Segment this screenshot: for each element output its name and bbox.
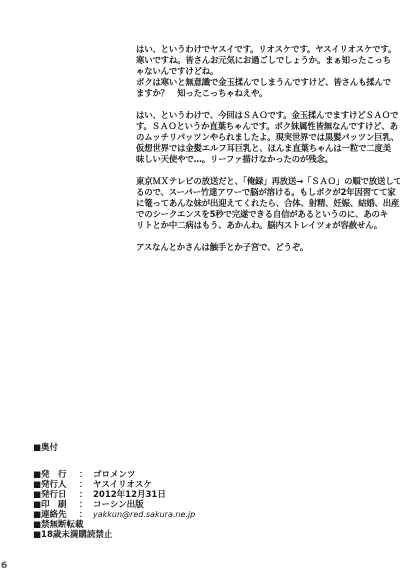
text-line: す。ＳＡＯというか直葉ちゃんです。ボク妹属性皆無なんですけど、あ bbox=[136, 121, 368, 132]
page-number: 6 bbox=[1, 561, 7, 571]
text-line: に篭ってあんな妹が出迎えてくれたら、合体、射精、妊娠、結婚、出産ま bbox=[136, 198, 368, 209]
afterword-text: はい、というわけでヤスイです。リオスケです。ヤスイリオスケです。 寒いですね。皆… bbox=[136, 44, 368, 264]
text-line: 仮想世界では金髪エルフ耳巨乳と、ほんま直葉ちゃんは一粒で二度美 bbox=[136, 143, 368, 154]
colophon-row-issuer: ■発行人 ： ヤスイリオスケ bbox=[33, 480, 273, 490]
colophon-row-publisher: ■発 行 ： ゴロメンツ bbox=[33, 470, 273, 480]
afterword-paragraph-3: はい、というわけで、今回はＳＡＯです。金玉揉んでますけどＳＡＯで す。ＳＡＯとい… bbox=[136, 110, 368, 165]
text-line: ボクは寒いと無意識で金玉揉んでしまうんですけど、皆さんも揉んで bbox=[136, 77, 368, 88]
row-colon: ： bbox=[79, 510, 93, 520]
notice-text: ■18歳未満購読禁止 bbox=[33, 530, 112, 540]
row-value: コーシン出版 bbox=[93, 500, 144, 510]
row-label: ■発行人 bbox=[33, 480, 79, 490]
colophon-row-contact: ■連絡先 ： yakkun@red.sakura.ne.jp bbox=[33, 510, 273, 520]
text-line: のムッチリパッツンやられましたよ。現実世界では黒髪パッツン巨乳、 bbox=[136, 132, 368, 143]
row-colon: ： bbox=[79, 490, 93, 500]
colophon-row-date: ■発行日 ： 2012年12月31日 bbox=[33, 490, 273, 500]
row-value: ヤスイリオスケ bbox=[93, 480, 152, 490]
afterword-paragraph-1: はい、というわけでヤスイです。リオスケです。ヤスイリオスケです。 寒いですね。皆… bbox=[136, 44, 368, 77]
colophon-notice-no-reproduction: ■禁無断転載 bbox=[33, 520, 273, 530]
text-line: ゃないんですけどね。 bbox=[136, 66, 368, 77]
row-label: ■連絡先 bbox=[33, 510, 79, 520]
colophon-row-printer: ■印 刷 ： コーシン出版 bbox=[33, 500, 273, 510]
row-colon: ： bbox=[79, 480, 93, 490]
text-line: リトとか中二病はもう、あかんわ。脳内ストレイツォが容赦せん。 bbox=[136, 220, 368, 231]
text-line: 東京ＭＸテレビの放送だと、「俺録」再放送→「ＳＡＯ」の順で放送して bbox=[136, 176, 368, 187]
text-line: はい、というわけで、今回はＳＡＯです。金玉揉んでますけどＳＡＯで bbox=[136, 110, 368, 121]
text-line: 寒いですね。皆さんお元気にお過ごしでしょうか。まぁ知ったこっち bbox=[136, 55, 368, 66]
text-line: はい、というわけでヤスイです。リオスケです。ヤスイリオスケです。 bbox=[136, 44, 368, 55]
text-line: アスなんとかさんは触手とか子宮で、どうぞ。 bbox=[136, 242, 368, 253]
row-value: ゴロメンツ bbox=[93, 470, 136, 480]
notice-text: ■禁無断転載 bbox=[33, 520, 84, 530]
row-colon: ： bbox=[79, 500, 93, 510]
text-line: るので、スーパー竹達アワーで脳が溶ける。もしボクが2年因習てて家 bbox=[136, 187, 368, 198]
contact-email: yakkun@red.sakura.ne.jp bbox=[93, 510, 195, 520]
afterword-paragraph-5: アスなんとかさんは触手とか子宮で、どうぞ。 bbox=[136, 242, 368, 253]
row-colon: ： bbox=[79, 470, 93, 480]
text-line: 味しい天使やで…。リーファ描けなかったのが残念。 bbox=[136, 154, 368, 165]
row-label: ■印 刷 bbox=[33, 500, 79, 510]
colophon-title: ■奥付 bbox=[33, 443, 273, 454]
text-line: でのシークエンスを5秒で完遂できる自信があるというのに、あのキ bbox=[136, 209, 368, 220]
afterword-paragraph-4: 東京ＭＸテレビの放送だと、「俺録」再放送→「ＳＡＯ」の順で放送して るので、スー… bbox=[136, 176, 368, 231]
afterword-paragraph-2: ボクは寒いと無意識で金玉揉んでしまうんですけど、皆さんも揉んで ますか？ 知った… bbox=[136, 77, 368, 99]
colophon: ■奥付 ■発 行 ： ゴロメンツ ■発行人 ： ヤスイリオスケ ■発行日 ： 2… bbox=[33, 443, 273, 540]
colophon-notice-age-restriction: ■18歳未満購読禁止 bbox=[33, 530, 273, 540]
row-label: ■発 行 bbox=[33, 470, 79, 480]
row-label: ■発行日 bbox=[33, 490, 79, 500]
text-line: ますか？ 知ったこっちゃねえや。 bbox=[136, 88, 368, 99]
row-value: 2012年12月31日 bbox=[93, 490, 166, 500]
